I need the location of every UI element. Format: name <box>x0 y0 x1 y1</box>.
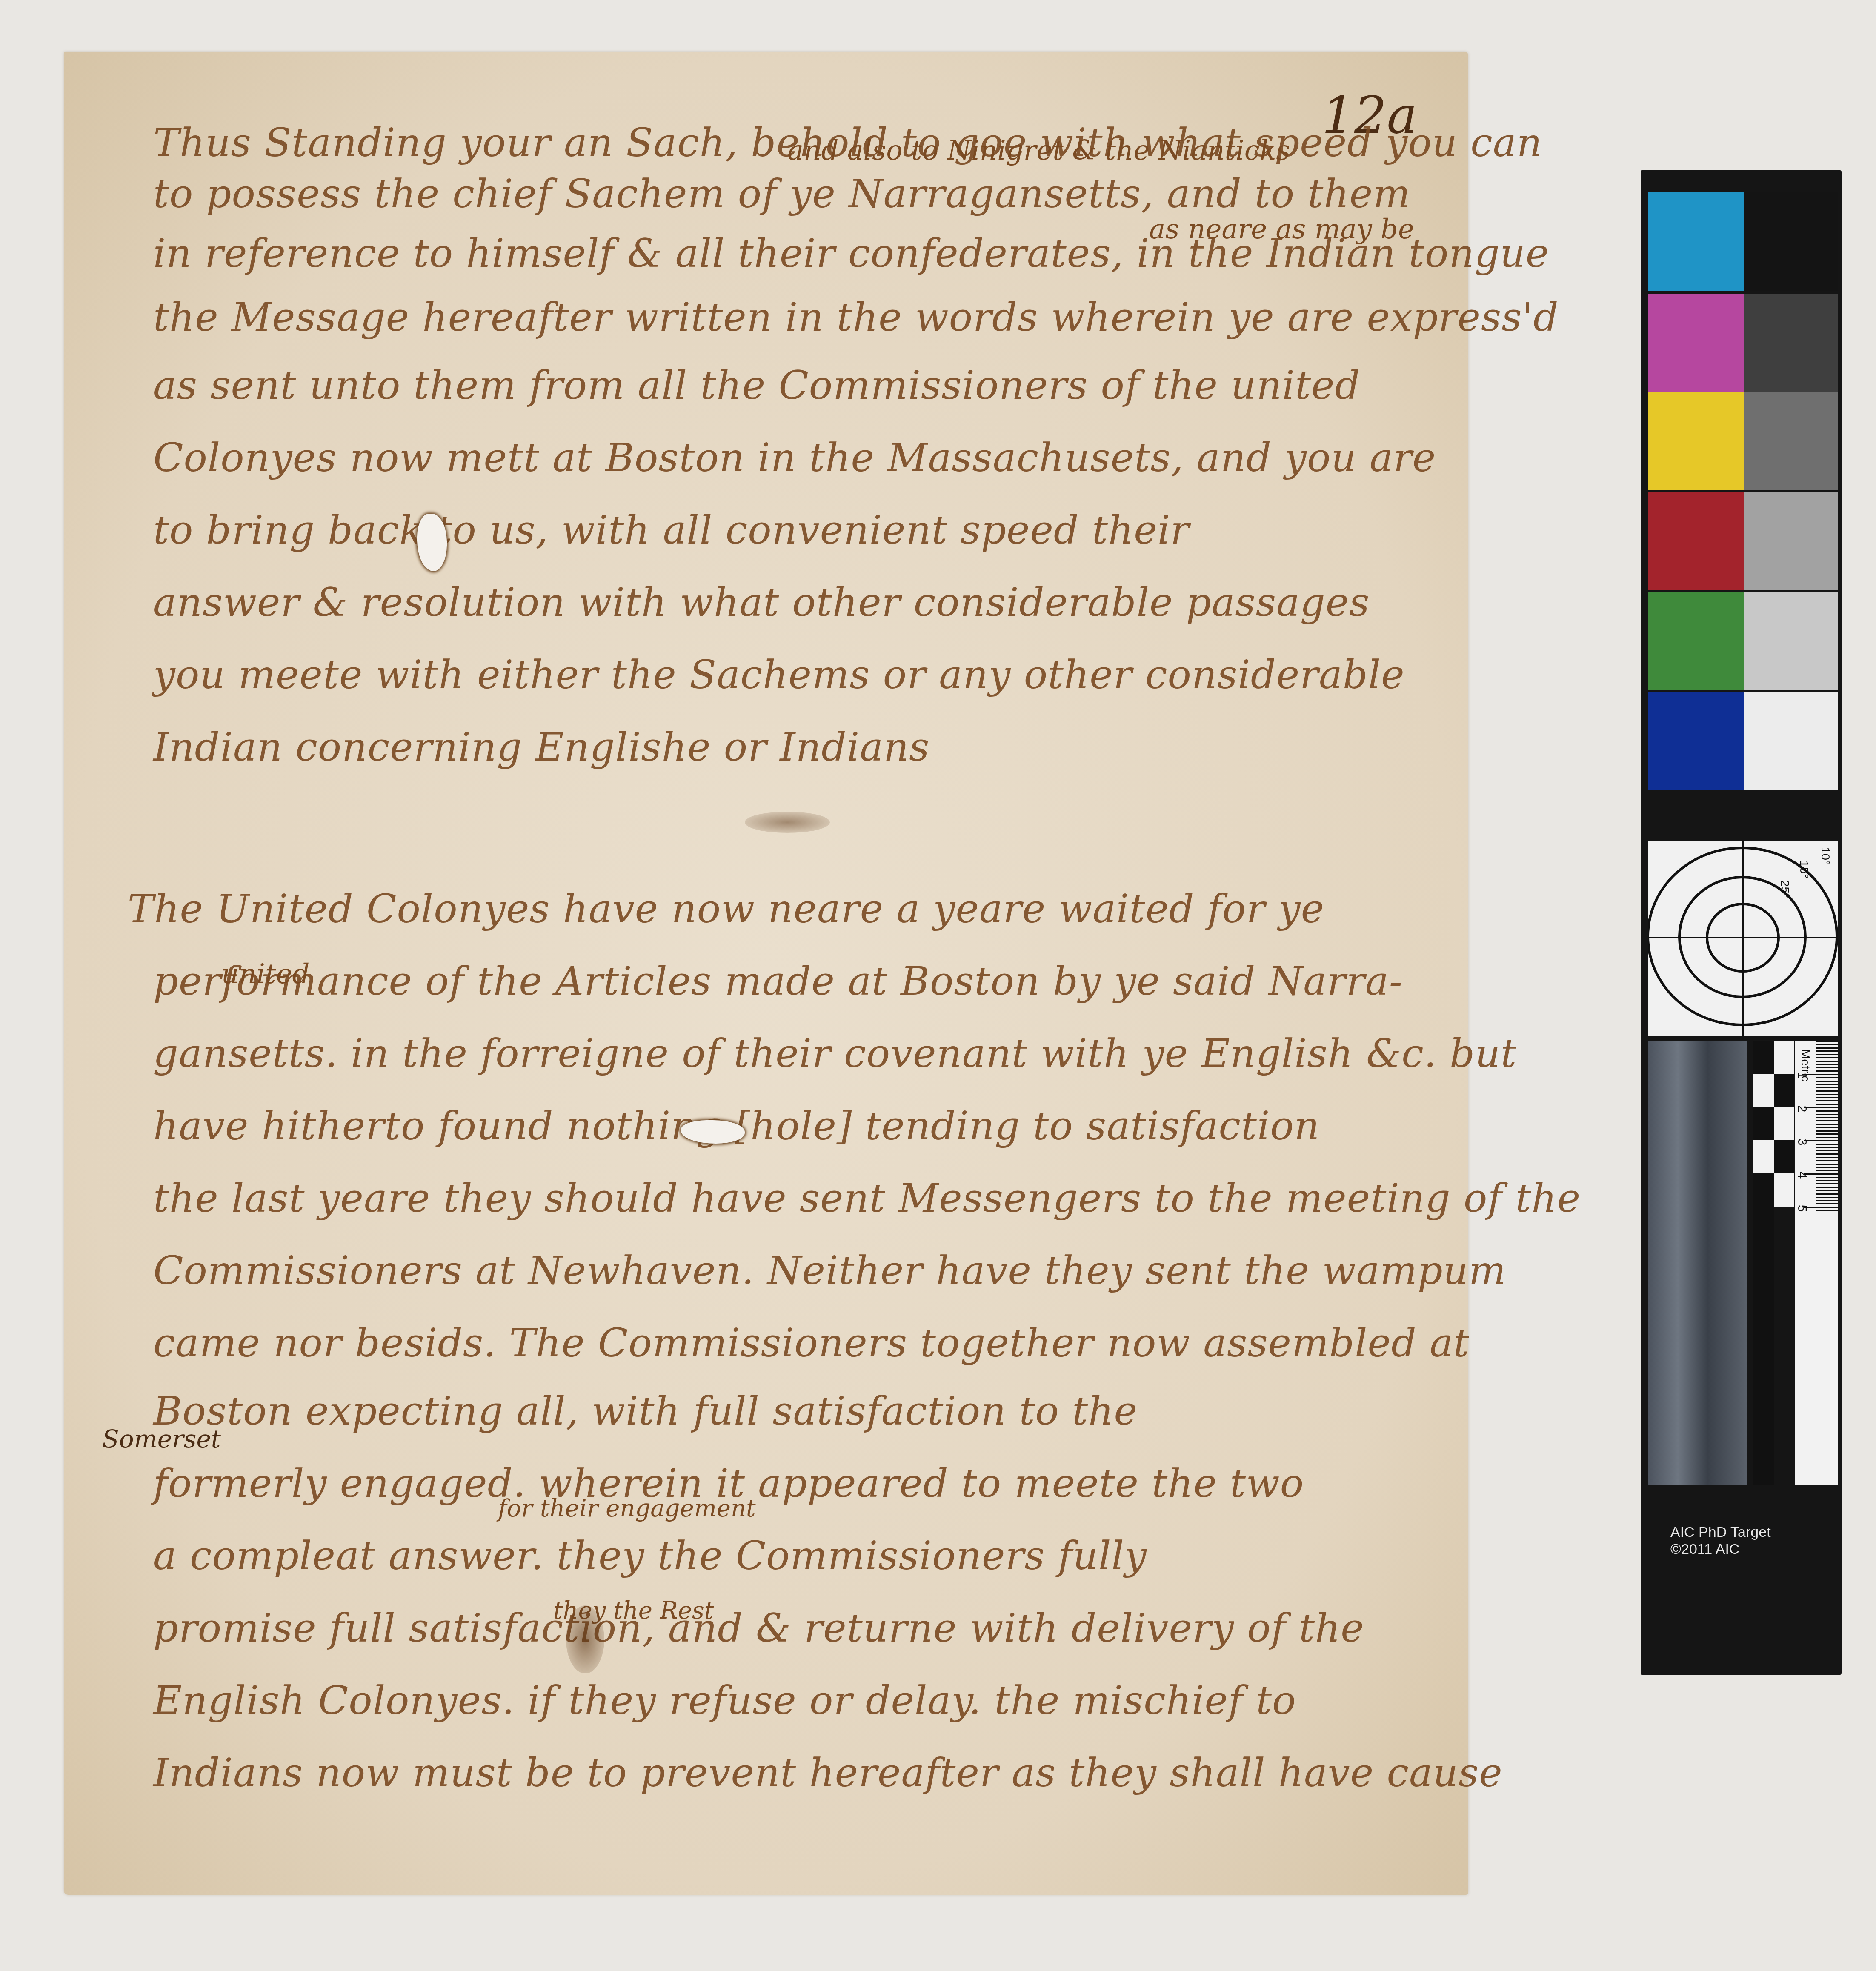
checker-white <box>1753 1140 1774 1173</box>
label-25deg: 25° <box>1778 880 1792 898</box>
ruler-number: 5 <box>1795 1205 1809 1212</box>
text-line: came nor besids. The Commissioners toget… <box>153 1320 1470 1366</box>
ruler-section: Metric 1 2 3 4 5 <box>1648 1041 1838 1492</box>
target-copyright: ©2011 AIC <box>1670 1541 1798 1558</box>
color-patch-red <box>1648 492 1744 590</box>
gray-patch-4 <box>1744 492 1838 590</box>
ink-smudge <box>745 812 830 833</box>
gray-patch-1 <box>1744 192 1838 291</box>
paper-hole <box>417 514 447 571</box>
text-line: you meete with either the Sachems or any… <box>153 652 1405 698</box>
ruler-number: 1 <box>1795 1072 1809 1079</box>
gray-patch-6 <box>1744 692 1838 790</box>
checker-black <box>1753 1173 1774 1207</box>
text-line: answer & resolution with what other cons… <box>153 580 1370 625</box>
checker-black <box>1753 1207 1774 1485</box>
label-10deg: 10° <box>1819 847 1832 865</box>
checker-black <box>1753 1107 1774 1140</box>
color-patch-yellow <box>1648 392 1744 490</box>
target-credit: AIC PhD Target ©2011 AIC <box>1670 1524 1798 1558</box>
color-patch-blue <box>1648 692 1744 790</box>
text-line: a compleat answer. they the Commissioner… <box>153 1533 1147 1579</box>
text-line: English Colonyes. if they refuse or dela… <box>153 1678 1296 1723</box>
text-line: gansetts. in the forreigne of their cove… <box>153 1031 1517 1076</box>
text-line: Colonyes now mett at Boston in the Massa… <box>153 435 1436 481</box>
text-line: in reference to himself & all their conf… <box>153 231 1549 276</box>
text-line: formerly engaged. wherein it appeared to… <box>153 1461 1304 1506</box>
checker-black <box>1753 1041 1774 1074</box>
text-line: the Message hereafter written in the wor… <box>153 295 1559 340</box>
text-line: Indian concerning Englishe or Indians <box>153 724 930 770</box>
gray-gradient-strip <box>1648 1041 1747 1485</box>
text-line: the last yeare they should have sent Mes… <box>153 1176 1581 1221</box>
text-line: as sent unto them from all the Commissio… <box>153 363 1360 408</box>
ruler-number: 2 <box>1795 1105 1809 1113</box>
target-title: AIC PhD Target <box>1670 1524 1798 1541</box>
checker-white <box>1774 1041 1794 1074</box>
checker-black <box>1774 1140 1794 1173</box>
gray-patch-2 <box>1744 294 1838 392</box>
metric-ruler: Metric 1 2 3 4 5 <box>1795 1041 1838 1485</box>
color-patch-magenta <box>1648 294 1744 392</box>
text-line: Commissioners at Newhaven. Neither have … <box>153 1248 1506 1293</box>
ink-blot <box>566 1605 604 1673</box>
text-line: Thus Standing your an Sach, behold to go… <box>153 120 1542 166</box>
text-line: promise full satisfaction, and & returne… <box>153 1605 1364 1651</box>
ruler-number: 4 <box>1795 1172 1809 1179</box>
text-line: to possess the chief Sachem of ye Narrag… <box>153 171 1410 217</box>
text-line: The United Colonyes have now neare a yea… <box>128 886 1324 932</box>
ruler-number: 3 <box>1795 1139 1809 1146</box>
checker-black <box>1774 1074 1794 1107</box>
label-15deg: 15° <box>1797 861 1811 878</box>
crosshair-vertical <box>1742 841 1744 1036</box>
text-line: performance of the Articles made at Bost… <box>153 958 1403 1004</box>
ruler-minor-ticks <box>1816 1041 1838 1211</box>
gray-patch-3 <box>1744 392 1838 490</box>
color-patch-cyan <box>1648 192 1744 291</box>
color-calibration-target: 10° 15° 25° Metric 1 2 3 4 5 <box>1641 170 1842 1675</box>
checker-white <box>1753 1074 1774 1107</box>
color-patch-green <box>1648 592 1744 690</box>
checker-white <box>1774 1173 1794 1207</box>
text-line: Indians now must be to prevent hereafter… <box>153 1750 1503 1796</box>
text-line: Boston expecting all, with full satisfac… <box>153 1388 1138 1434</box>
checker-white <box>1774 1107 1794 1140</box>
gray-patch-5 <box>1744 592 1838 690</box>
bullseye-focus-target: 10° 15° 25° <box>1648 841 1838 1036</box>
manuscript-page: 12a and also to Ninigret & the Nianticks… <box>64 52 1468 1895</box>
text-line: to bring back to us, with all convenient… <box>153 507 1190 553</box>
